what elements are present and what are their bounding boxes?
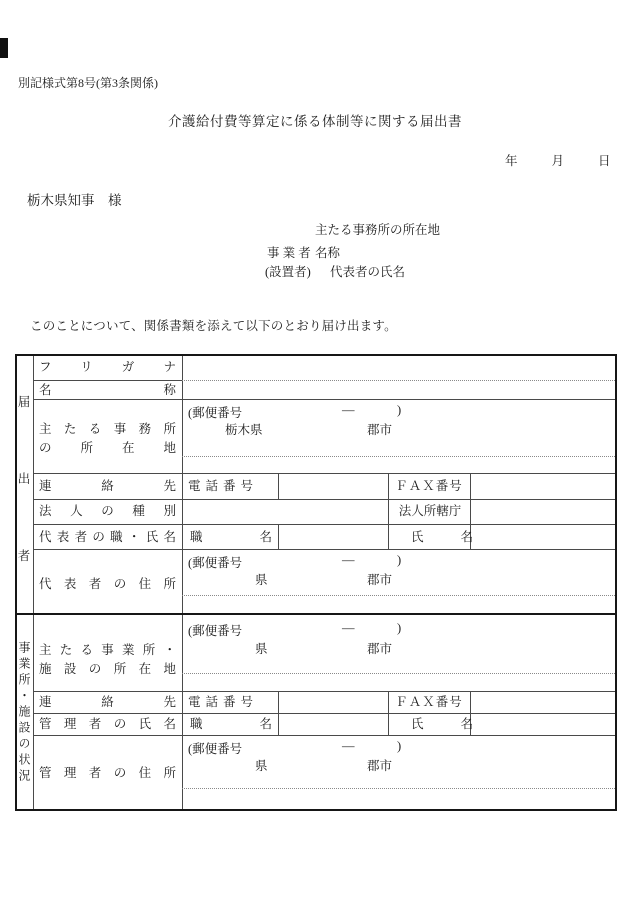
date-day-label: 日 xyxy=(598,151,611,169)
grid-line xyxy=(33,524,617,525)
postal-suffix: ) xyxy=(397,739,401,754)
facility-address-label-line1: 主たる事業所・ xyxy=(39,643,176,658)
rep-address-label: 代表者の住所 xyxy=(39,577,176,592)
date-line: 年 月 日 xyxy=(505,151,611,169)
grid-line xyxy=(278,473,279,499)
office-address-label-line1: 主たる事務所 xyxy=(39,422,176,437)
contact-label: 連絡先 xyxy=(39,695,176,710)
office-address-cell: (郵便番号 ― ) 栃木県 郡市 xyxy=(182,399,617,473)
title-label: 職名 xyxy=(190,717,272,732)
postal-prefix: (郵便番号 xyxy=(188,403,242,421)
sender-name-label: 名称 xyxy=(315,246,340,261)
fax-label: ＦＡＸ番号 xyxy=(388,479,470,494)
section-label-char: 出 xyxy=(18,469,31,487)
postal-prefix: (郵便番号 xyxy=(188,621,242,639)
postal-suffix: ) xyxy=(397,403,401,418)
date-year-label: 年 xyxy=(505,151,518,169)
sender-office-address-label: 主たる事務所の所在地 xyxy=(315,223,440,238)
grid-line xyxy=(33,473,617,474)
dotted-line xyxy=(182,788,617,789)
postal-suffix: ) xyxy=(397,621,401,636)
grid-line xyxy=(33,691,617,692)
section-label-office: 事業所・施設の状況 xyxy=(15,614,33,811)
form-title: 介護給付費等算定に係る体制等に関する届出書 xyxy=(0,110,630,130)
phone-label: 電話番号 xyxy=(188,479,258,494)
form-table: 届 出 者 事業所・施設の状況 フリガナ 名称 主たる事務所 の所在地 xyxy=(15,354,617,811)
postal-prefix: (郵便番号 xyxy=(188,739,242,757)
postal-dash: ― xyxy=(342,403,355,418)
prefecture-label: 県 xyxy=(255,756,268,774)
form-page: 別記様式第8号(第3条関係) 介護給付費等算定に係る体制等に関する届出書 年 月… xyxy=(0,0,630,903)
section-label-applicant: 届 出 者 xyxy=(15,354,33,614)
contact-label: 連絡先 xyxy=(39,479,176,494)
manager-name-label: 管理者の氏名 xyxy=(39,717,176,732)
manager-address-label: 管理者の住所 xyxy=(39,766,176,781)
fullname-label: 氏名 xyxy=(411,717,473,732)
corp-authority-label: 法人所轄庁 xyxy=(394,504,466,519)
grid-line xyxy=(33,499,617,500)
prefecture-label: 県 xyxy=(255,570,268,588)
form-number: 別記様式第8号(第3条関係) xyxy=(18,76,158,91)
district-label: 郡市 xyxy=(367,756,392,774)
furigana-label: フリガナ xyxy=(39,360,176,375)
postal-suffix: ) xyxy=(397,553,401,568)
rep-title-name-label: 代表者の職・氏名 xyxy=(39,530,176,545)
district-label: 郡市 xyxy=(367,570,392,588)
office-address-label-line2: の所在地 xyxy=(39,441,176,456)
dotted-line xyxy=(182,673,617,674)
rep-address-cell: (郵便番号 ― ) 県 郡市 xyxy=(182,549,617,614)
corp-type-label: 法人の種別 xyxy=(39,504,176,519)
phone-label: 電話番号 xyxy=(188,695,258,710)
grid-line xyxy=(278,524,279,549)
grid-line xyxy=(33,380,182,381)
district-label: 郡市 xyxy=(367,639,392,657)
postal-dash: ― xyxy=(342,553,355,568)
sender-entity-label-bottom: (設置者) xyxy=(265,265,311,280)
section-label-char: 者 xyxy=(18,546,31,564)
prefecture-label: 県 xyxy=(255,639,268,657)
grid-line xyxy=(33,354,34,811)
postal-dash: ― xyxy=(342,621,355,636)
district-label: 郡市 xyxy=(367,420,392,438)
sender-representative-label: 代表者の氏名 xyxy=(330,265,405,280)
dotted-line xyxy=(182,595,617,596)
prefecture-label: 栃木県 xyxy=(225,420,263,438)
statement: このことについて、関係書類を添えて以下のとおり届け出ます。 xyxy=(30,316,397,334)
title-label: 職名 xyxy=(190,530,272,545)
scan-mark xyxy=(0,38,8,58)
addressee: 栃木県知事 様 xyxy=(27,189,122,209)
dotted-line xyxy=(182,380,617,381)
date-month-label: 月 xyxy=(552,151,565,169)
name-label: 名称 xyxy=(39,383,176,398)
facility-address-cell: (郵便番号 ― ) 県 郡市 xyxy=(182,615,617,691)
fax-label: ＦＡＸ番号 xyxy=(388,695,470,710)
sender-entity-label-top: 事 業 者 xyxy=(267,246,311,261)
grid-line xyxy=(33,713,617,714)
dotted-line xyxy=(182,456,617,457)
manager-address-cell: (郵便番号 ― ) 県 郡市 xyxy=(182,735,617,811)
postal-prefix: (郵便番号 xyxy=(188,553,242,571)
fullname-label: 氏名 xyxy=(411,530,473,545)
postal-dash: ― xyxy=(342,739,355,754)
section-label-char: 届 xyxy=(18,392,31,410)
facility-address-label-line2: 施設の所在地 xyxy=(39,662,176,677)
